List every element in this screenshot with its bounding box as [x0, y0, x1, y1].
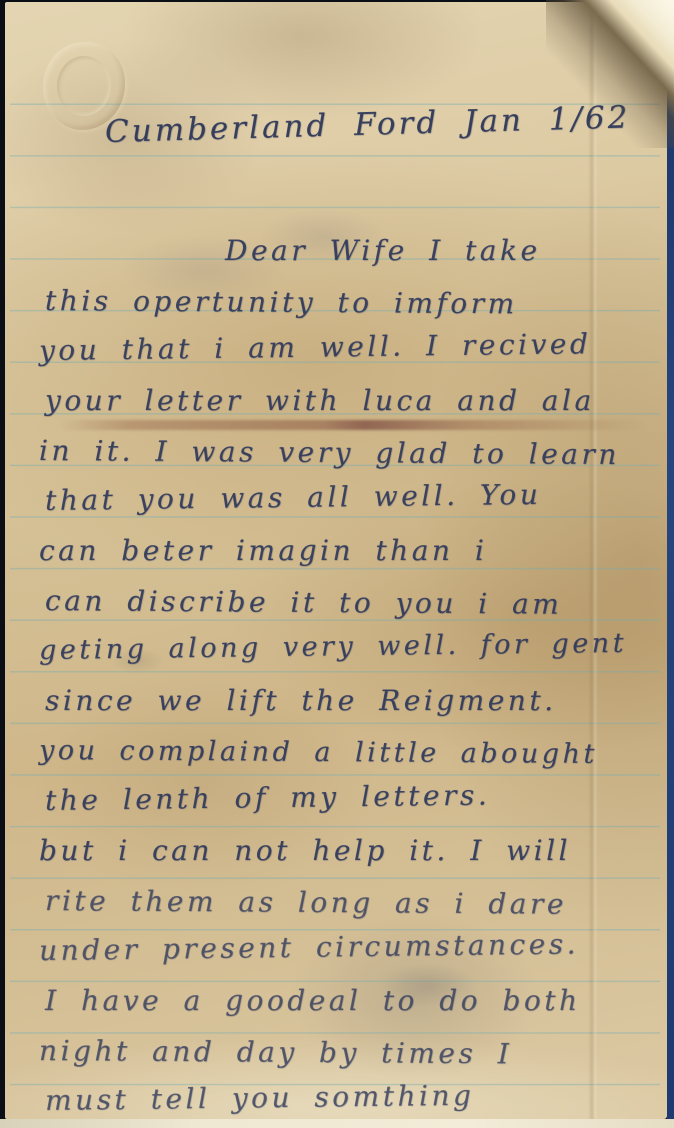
letter-line: you that i am well. I recived: [39, 318, 660, 376]
letter-line: Dear Wife I take: [39, 226, 659, 276]
letter-body: Dear Wife I takethis opertunity to imfor…: [39, 226, 659, 1126]
corner-fold: [546, 0, 674, 148]
letter-line: I have a goodeal to do both: [39, 976, 659, 1026]
letter-line: under present circumstances.: [39, 918, 660, 976]
letter-scan: Cumberland Ford Jan 1/62 Dear Wife I tak…: [0, 0, 674, 1128]
letter-line: must tell you somthing: [39, 1068, 660, 1126]
letter-line: your letter with luca and ala: [39, 376, 659, 426]
scan-edge-right: [667, 0, 674, 1128]
letter-line: geting along very well. for gent: [39, 618, 660, 676]
letter-line: the lenth of my letters.: [39, 768, 660, 826]
letter-line: since we lift the Reigment.: [39, 676, 659, 726]
letter-page: Cumberland Ford Jan 1/62 Dear Wife I tak…: [5, 2, 667, 1119]
corner-fold-edge: [618, 0, 674, 56]
letter-line: that you was all well. You: [39, 468, 660, 526]
letter-line: can beter imagin than i: [39, 526, 659, 576]
letter-line: but i can not help it. I will: [39, 826, 659, 876]
